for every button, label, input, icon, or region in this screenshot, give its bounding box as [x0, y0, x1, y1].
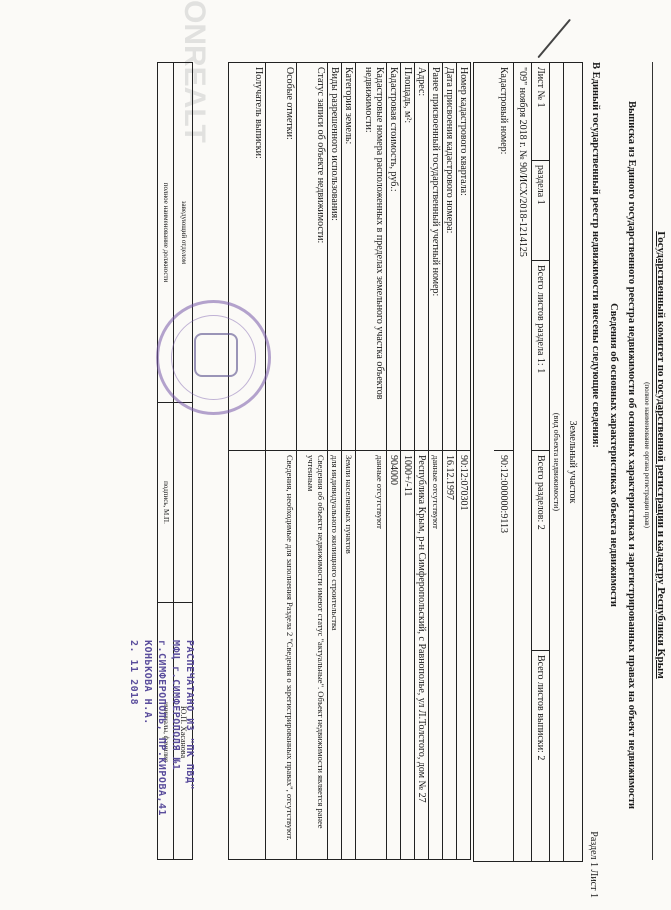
emblem-icon: [194, 333, 238, 377]
object-type-note-row: (вид объекта недвижимости): [549, 63, 564, 861]
sheets-in-section: Всего листов раздела 1: 1: [532, 261, 550, 451]
table-row: Кадастровые номера расположенных в преде…: [355, 63, 386, 859]
date-number: "09" ноября 2018 г. № 90/ИСХ/2018-121412…: [514, 63, 532, 861]
object-type-note: (вид объекта недвижимости): [550, 63, 564, 861]
sheets-total: Всего листов выписки: 2: [532, 651, 550, 861]
sheet-number: Лист № 1: [532, 63, 550, 161]
cadastral-number-value: 90:12:000000:9113: [494, 451, 514, 861]
table-row: Ранее присвоенный государственный учетны…: [428, 63, 442, 859]
table-row: Получатель выписки:: [229, 63, 265, 859]
pen-mark: [537, 19, 571, 59]
document-subtitle: Сведения об основных характеристиках объ…: [608, 0, 619, 910]
organ-note: (полное наименование органа регистрации …: [643, 0, 651, 910]
section-sheet-label: Раздел 1 Лист 1: [588, 831, 599, 898]
official-seal: [156, 300, 271, 415]
table-row: Категория земель:Земли населенных пункто…: [341, 63, 355, 859]
intro-text: В Единый государственный реестр недвижим…: [590, 62, 601, 448]
document-page: ONREALT Государственный комитет по госуд…: [0, 0, 671, 910]
table-row: Особые отметки:Сведения, необходимые для…: [265, 63, 296, 859]
table-row: Статус записи об объекте недвижимости:Св…: [296, 63, 327, 859]
table-row: Адрес:Республика Крым, р-н Симферопольск…: [414, 63, 428, 859]
sign-cell: подпись, М.П.: [158, 403, 192, 603]
table-row: Кадастровая стоимость, руб.:904000: [386, 63, 400, 859]
organ-title: Государственный комитет по государственн…: [655, 0, 667, 910]
characteristics-table: Номер кадастрового квартала:90:12:070301…: [228, 62, 471, 860]
document-title: Выписка из Единого государственного реес…: [626, 0, 637, 910]
cadastral-number-label: Кадастровый номер:: [494, 63, 514, 451]
cadastral-row: Кадастровый номер: 90:12:000000:9113: [494, 63, 514, 861]
table-row: Номер кадастрового квартала:90:12:070301: [456, 63, 470, 859]
print-stamp: РАСПЕЧАТАНО ИЗ "ПК ПВД" МФЦ г.СИМФЕРОПОЛ…: [126, 640, 196, 816]
header-frame: Земельный участок (вид объекта недвижимо…: [473, 62, 583, 862]
table-row: Виды разрешенного использования:для инди…: [327, 63, 341, 859]
object-type-row: Земельный участок: [563, 63, 582, 861]
table-row: Дата присвоения кадастрового номера:16.1…: [442, 63, 456, 859]
section-number: раздела 1: [532, 161, 550, 261]
sections-total: Всего разделов: 2: [532, 451, 550, 651]
object-type: Земельный участок: [564, 63, 582, 861]
underline: [652, 62, 653, 860]
table-row: Площадь, м²:1000+/-11: [400, 63, 414, 859]
date-row: "09" ноября 2018 г. № 90/ИСХ/2018-121412…: [513, 63, 532, 861]
sheet-row: Лист № 1 раздела 1 Всего листов раздела …: [531, 63, 550, 861]
